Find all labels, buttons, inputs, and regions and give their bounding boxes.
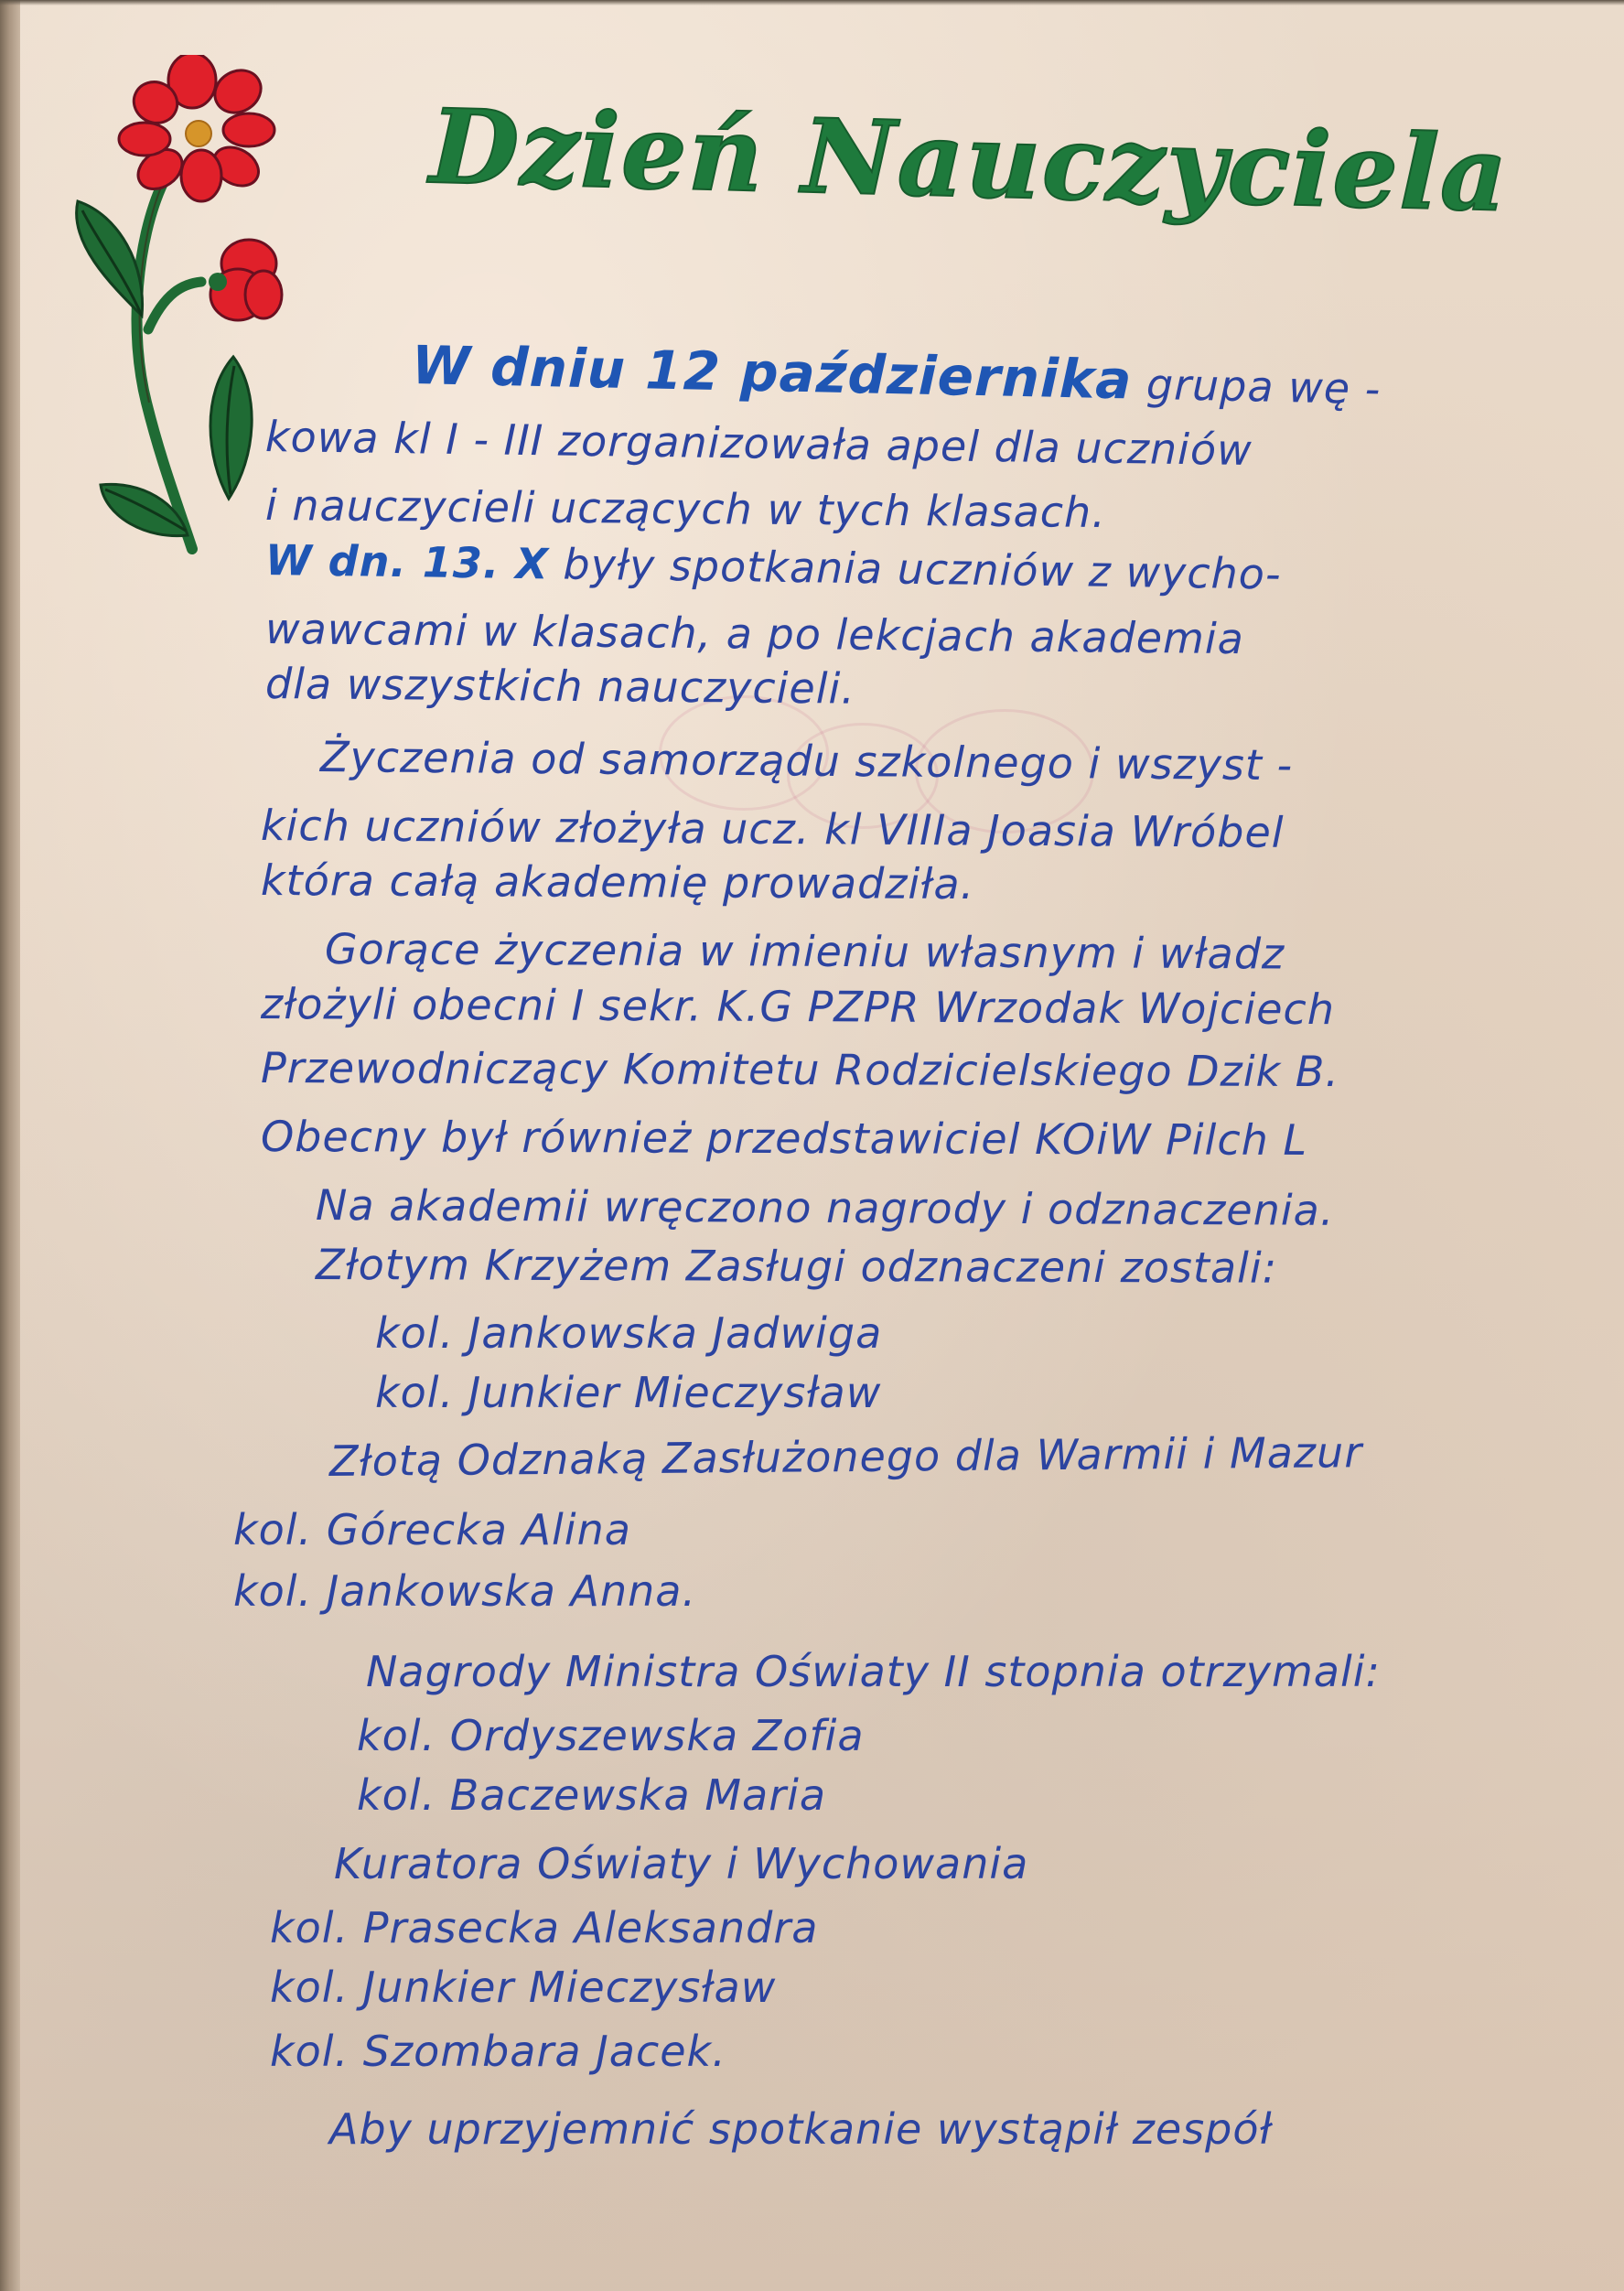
list-item: kol. Górecka Alina — [233, 1505, 631, 1554]
text-line: Obecny był również przedstawiciel KOiW P… — [261, 1112, 1307, 1165]
text-line: W dn. 13. X były spotkania uczniów z wyc… — [265, 535, 1282, 599]
text-line: która całą akademię prowadziła. — [261, 855, 975, 909]
list-item: kol. Ordyszewska Zofia — [357, 1711, 865, 1760]
page-top-edge — [0, 0, 1624, 5]
text-line: Życzenia od samorządu szkolnego i wszyst… — [320, 732, 1294, 790]
list-item: kol. Junkier Mieczysław — [270, 1963, 776, 2012]
text-line: Złotą Odznaką Zasłużonego dla Warmii i M… — [329, 1427, 1363, 1486]
text-line: Złotym Krzyżem Zasługi odznaczeni zostal… — [316, 1240, 1277, 1293]
page-title: Dzień Nauczyciela — [428, 87, 1510, 235]
list-item: kol. Jankowska Anna. — [233, 1566, 696, 1616]
text-line: złożyli obecni I sekr. K.G PZPR Wrzodak … — [261, 979, 1335, 1034]
text-line: W dniu 12 października grupa wę - — [411, 334, 1382, 416]
text-line: Na akademii wręczono nagrody i odznaczen… — [316, 1180, 1335, 1235]
list-item: kol. Szombara Jacek. — [270, 2027, 726, 2076]
text-line: kowa kl I - III zorganizowała apel dla u… — [265, 412, 1253, 475]
list-item: kol. Prasecka Aleksandra — [270, 1903, 818, 1952]
text-line: Aby uprzyjemnić spotkanie wystąpił zespó… — [329, 2104, 1273, 2154]
list-item: kol. Jankowska Jadwiga — [375, 1308, 882, 1358]
date-heading: W dniu 12 października — [411, 334, 1133, 411]
text-line: i nauczycieli uczących w tych klasach. — [265, 480, 1106, 537]
text-line: wawcami w klasach, a po lekcjach akademi… — [265, 604, 1244, 663]
text-line: Przewodniczący Komitetu Rodzicielskiego … — [261, 1043, 1339, 1096]
text-line: kich uczniów złożyła ucz. kl VIIIa Joasi… — [261, 801, 1285, 857]
list-item: kol. Baczewska Maria — [357, 1770, 826, 1820]
book-binding-edge — [0, 0, 20, 2291]
flower-drawing-icon — [55, 55, 293, 567]
chronicle-page: Dzień Nauczyciela W dniu 12 października… — [0, 0, 1624, 2291]
text-line: Nagrody Ministra Oświaty II stopnia otrz… — [366, 1647, 1381, 1696]
text-line: Kuratora Oświaty i Wychowania — [334, 1839, 1028, 1888]
date-heading: W dn. 13. X — [265, 535, 550, 588]
text-line: dla wszystkich nauczycieli. — [265, 659, 855, 714]
list-item: kol. Junkier Mieczysław — [375, 1368, 881, 1417]
text-line: Gorące życzenia w imieniu własnym i wład… — [325, 924, 1285, 978]
